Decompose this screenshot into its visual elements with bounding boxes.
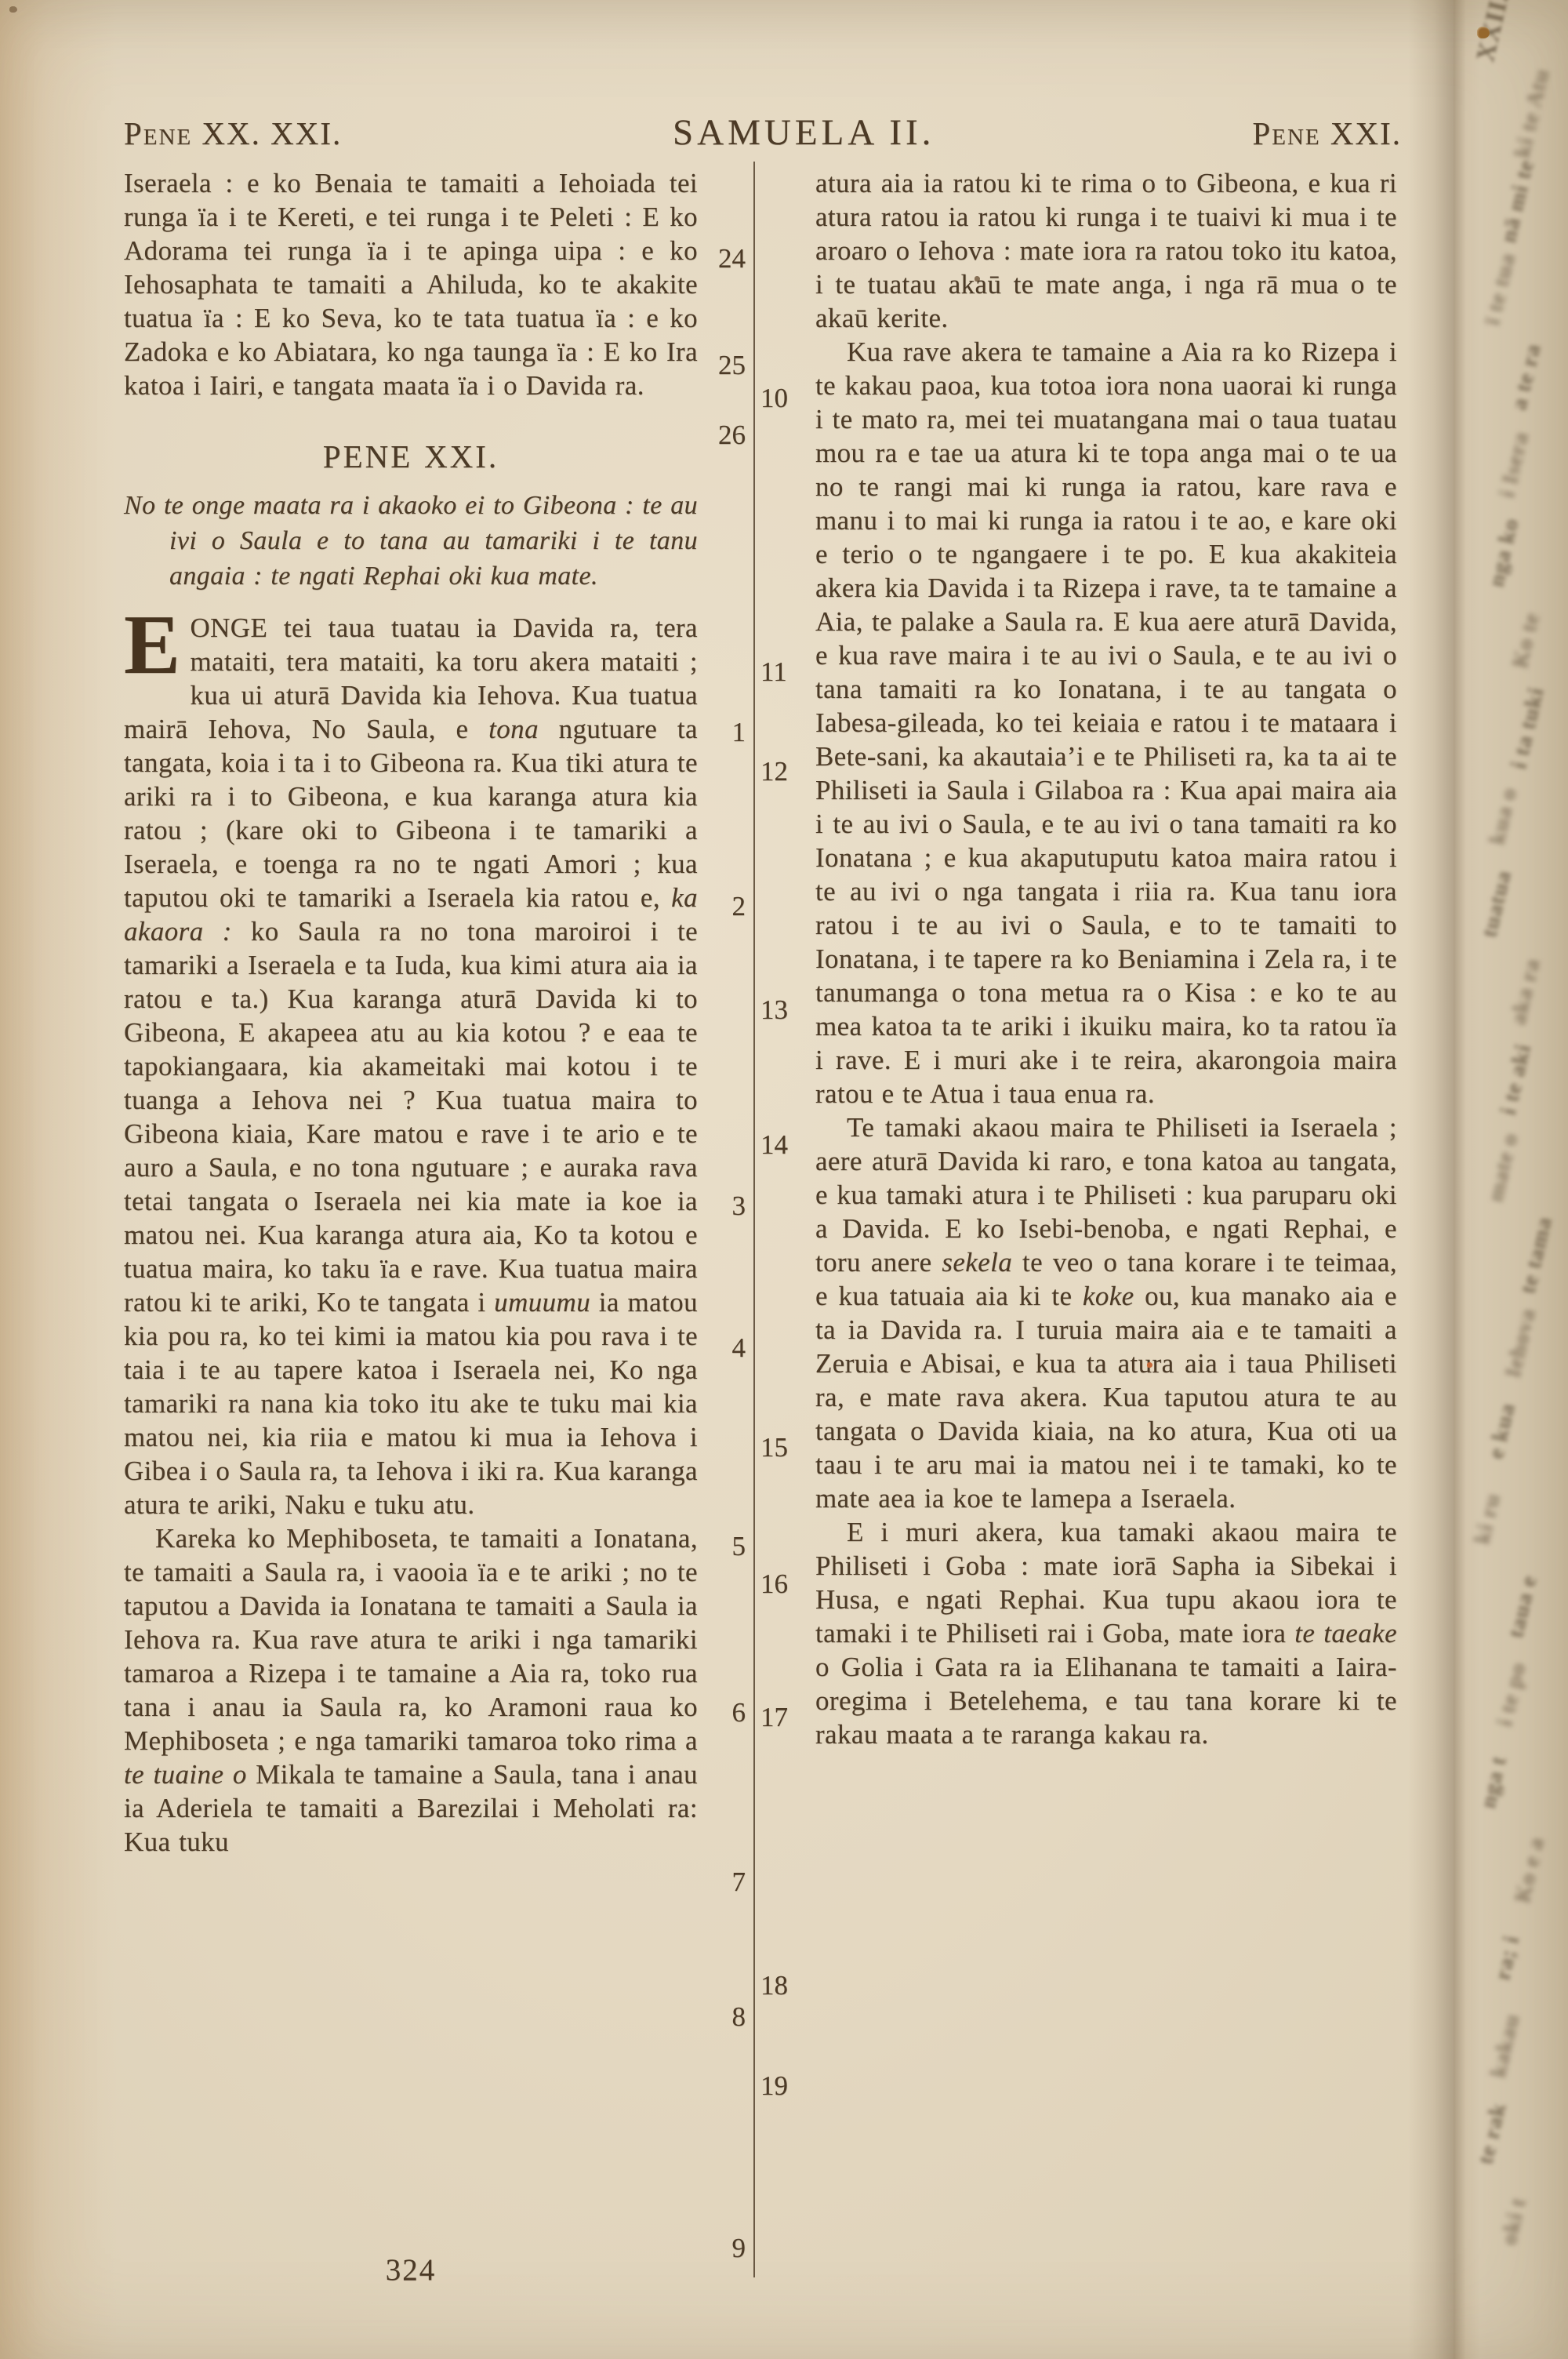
- verse-number: 16: [760, 1567, 788, 1601]
- paper-speck: [975, 276, 980, 282]
- facing-page-text-fragment: nga t: [1475, 1754, 1512, 1811]
- facing-page-text-fragment: e kua: [1483, 1401, 1521, 1461]
- verse-text: Iseraela : e ko Benaia te tamaiti a Ieho…: [124, 168, 698, 401]
- paper-speck: [1477, 27, 1490, 38]
- verse-number: 26: [718, 418, 746, 452]
- verse-number: 5: [732, 1529, 746, 1563]
- verse-paragraph: Te tamaki akaou maira te Philiseti ia Is…: [815, 1110, 1397, 1515]
- facing-page-text-fragment: i Isera: [1494, 429, 1534, 500]
- facing-page-text-fragment: tuatua: [1476, 868, 1517, 940]
- facing-page-text-fragment: i ta tuki: [1506, 685, 1550, 771]
- facing-page-text-fragment: kua o: [1484, 785, 1523, 847]
- verse-text-italic: te taeake: [1294, 1618, 1397, 1648]
- verse-paragraph: EONGE tei taua tuatau ia Davida ra, tera…: [124, 611, 698, 1521]
- verse-number: 12: [760, 754, 788, 788]
- right-verse-number-margin: 10111213141516171819: [760, 0, 808, 2359]
- facing-page-edge: XXII.ki te Atunā mi teī te tuaa te rai I…: [1454, 0, 1568, 2359]
- right-column-verses: atura aia ia ratou ki te rima o to Gibeo…: [815, 166, 1397, 1751]
- verse-number: 6: [732, 1696, 746, 1729]
- verse-text: ou, kua manako aia e ta ia Davida ra. I …: [815, 1281, 1397, 1514]
- left-text-column: Iseraela : e ko Benaia te tamaiti a Ieho…: [124, 166, 698, 1859]
- left-verse-number-margin: 242526123456789: [700, 0, 747, 2359]
- facing-page-text-fragment: mate o: [1483, 1130, 1523, 1204]
- verse-paragraph: atura aia ia ratou ki te rima o to Gibeo…: [815, 166, 1397, 335]
- verse-text-italic: sekela: [942, 1247, 1012, 1278]
- chapter-heading: PENE XXI.: [124, 440, 698, 474]
- drop-cap-letter: E: [124, 611, 190, 680]
- verse-text-italic: umuumu: [494, 1287, 590, 1318]
- verse-number: 15: [760, 1430, 788, 1464]
- paper-speck: [9, 6, 17, 13]
- facing-page-text-fragment: te rak: [1473, 2100, 1512, 2167]
- column-divider-rule: [753, 162, 755, 2277]
- facing-page-text-fragment: kakau: [1486, 2012, 1526, 2081]
- facing-page-text-fragment: ki ru: [1469, 1491, 1506, 1547]
- paper-speck: [1147, 1362, 1152, 1368]
- facing-page-text-fragment: Ko te: [1508, 610, 1545, 671]
- verse-number: 19: [760, 2069, 788, 2103]
- left-column-verses: EONGE tei taua tuatau ia Davida ra, tera…: [124, 611, 698, 1859]
- facing-page-text-fragment: i te po: [1492, 1659, 1532, 1728]
- verse-number: 4: [732, 1331, 746, 1365]
- page-number: 324: [124, 2252, 698, 2288]
- verse-text: ia matou kia pou ra, ko tei kimi ia mato…: [124, 1287, 698, 1520]
- chapter-summary: No te onge maata ra i akaoko ei to Gibeo…: [124, 488, 698, 594]
- verse-paragraph: Kua rave akera te tamaine a Aia ra ko Ri…: [815, 335, 1397, 1110]
- facing-page-text-fragment: ki te Atu: [1510, 67, 1555, 161]
- verse-paragraph: E i muri akera, kua tamaki akaou maira t…: [815, 1515, 1397, 1751]
- facing-page-text-fragment: ī te tua: [1479, 250, 1521, 327]
- verse-number: 18: [760, 1968, 788, 2002]
- verse-number: 14: [760, 1128, 788, 1161]
- verse-number: 9: [732, 2231, 746, 2265]
- facing-page-text-fragment: a te ra: [1506, 341, 1546, 413]
- verse-text: ko Saula ra no tona maroiroi i te tamari…: [124, 916, 698, 1318]
- facing-page-text-fragment: te tama: [1515, 1214, 1559, 1296]
- facing-page-text-fragment: ra; i: [1490, 1933, 1525, 1983]
- verse-text: o Golia i Gata ra ia Elihanana te tamait…: [815, 1652, 1397, 1750]
- verse-number: 1: [732, 715, 746, 749]
- verse-text: Kua rave akera te tamaine a Aia ra ko Ri…: [815, 336, 1397, 1109]
- verse-number: 8: [732, 2000, 746, 2034]
- verse-number: 2: [732, 889, 746, 923]
- scanned-book-page: Pene XX. XXI. SAMUELA II. Pene XXI. Iser…: [0, 0, 1568, 2359]
- verse-text: atura aia ia ratou ki te rima o to Gibeo…: [815, 168, 1397, 333]
- verse-number: 17: [760, 1700, 788, 1734]
- verse-text-italic: te tuaine o: [124, 1759, 247, 1790]
- facing-page-text-fragment: i te aki: [1495, 1041, 1537, 1118]
- verse-paragraph: Kareka ko Mephiboseta, te tamaiti a Iona…: [124, 1521, 698, 1859]
- book-gutter-shadow: [1408, 0, 1454, 2359]
- verse-number: 3: [732, 1189, 746, 1223]
- facing-page-text-fragment: aka ra: [1505, 956, 1545, 1027]
- running-head-left: Pene XX. XXI.: [124, 114, 342, 152]
- facing-page-text-fragment: nga ko: [1483, 515, 1524, 589]
- verse-number: 25: [718, 348, 746, 382]
- verse-paragraph: Iseraela : e ko Benaia te tamaiti a Ieho…: [124, 166, 698, 402]
- facing-page-text-fragment: taua e: [1503, 1572, 1542, 1640]
- verse-text: Kareka ko Mephiboseta, te tamaiti a Iona…: [124, 1523, 698, 1756]
- verse-text-italic: tona: [488, 714, 539, 744]
- right-text-column: atura aia ia ratou ki te rima o to Gibeo…: [815, 166, 1397, 1751]
- left-column-continuation: Iseraela : e ko Benaia te tamaiti a Ieho…: [124, 166, 698, 402]
- verse-number: 10: [760, 381, 788, 415]
- facing-page-text-fragment: Ko e a: [1510, 1834, 1550, 1905]
- verse-text-italic: koke: [1083, 1281, 1134, 1311]
- verse-number: 13: [760, 993, 788, 1027]
- facing-page-text-fragment: Iehova: [1501, 1306, 1541, 1380]
- verse-number: 7: [732, 1865, 746, 1899]
- verse-number: 11: [760, 655, 787, 689]
- facing-page-text-fragment: nā mi te: [1496, 157, 1540, 245]
- running-head-right: Pene XXI.: [1252, 114, 1402, 152]
- verse-number: 24: [718, 242, 746, 275]
- facing-page-text-fragment: oki t: [1496, 2195, 1532, 2247]
